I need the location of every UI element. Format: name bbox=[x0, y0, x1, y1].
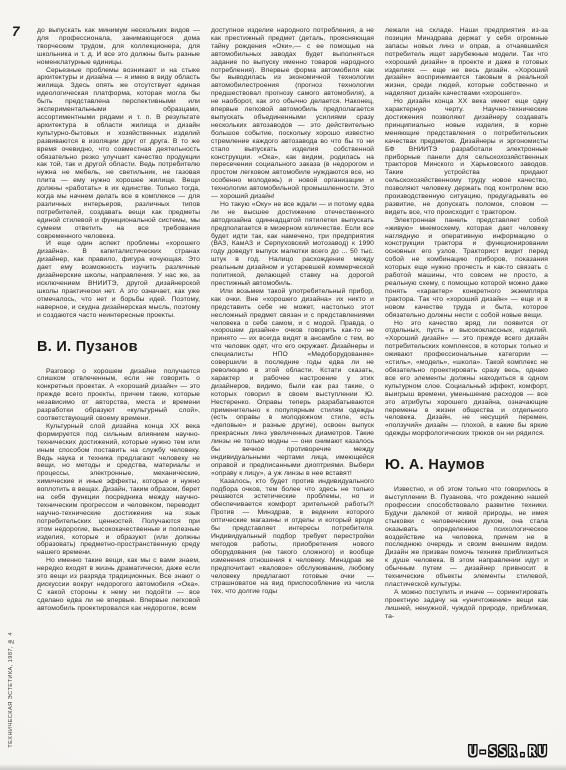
paragraph: доступное изделие народного потребления,… bbox=[211, 27, 374, 201]
paragraph: Известно, и об этом только что говорилос… bbox=[385, 486, 548, 589]
watermark-ussr-ru: U-SSR.RU bbox=[469, 744, 548, 760]
paragraph: Но такую «Оку» не все ждали — и потому е… bbox=[211, 201, 374, 288]
page-number: 7 bbox=[12, 24, 20, 39]
paragraph: И еще один аспект проблемы «хорошего диз… bbox=[37, 240, 200, 319]
paragraph: Разговор о хорошем дизайне получается сл… bbox=[37, 368, 200, 423]
author-heading: В. И. Пузанов bbox=[37, 339, 200, 355]
paragraph: Но именно такие вещи, как мы с вами знае… bbox=[37, 557, 200, 612]
paragraph: Казалось, кто будет против индивидуально… bbox=[211, 478, 374, 597]
paragraph: Культурный слой дизайна конца XX века фо… bbox=[37, 423, 200, 557]
paragraph: Но это качество вряд ли появится от отде… bbox=[385, 320, 548, 439]
paragraph: Серьезные проблемы возникают и на стыке … bbox=[37, 67, 200, 241]
paragraph: до выпускать как минимум нескольких видо… bbox=[37, 27, 200, 67]
author-heading: Ю. А. Наумов bbox=[385, 457, 548, 473]
journal-issue-vertical-label: ТЕХНИЧЕСКАЯ ЭСТЕТИКА, 1987, № 4 bbox=[8, 632, 14, 748]
paragraph: Но дизайн конца XX века имеет еще одну х… bbox=[385, 98, 548, 217]
paragraph: Электронная панель представляет собой «ж… bbox=[385, 217, 548, 320]
paragraph: А можно поступить и иначе — сориентирова… bbox=[385, 589, 548, 621]
paragraph: Или возьмем такой употребительный прибор… bbox=[211, 288, 374, 478]
paragraph: лежали на складе. Наши предприятия из-за… bbox=[385, 27, 548, 98]
column-2: доступное изделие народного потребления,… bbox=[211, 27, 374, 764]
column-3: лежали на складе. Наши предприятия из-за… bbox=[385, 27, 548, 764]
magazine-page: 7 до выпускать как минимум нескольких ви… bbox=[0, 0, 566, 770]
text-columns: до выпускать как минимум нескольких видо… bbox=[37, 27, 549, 764]
column-1: до выпускать как минимум нескольких видо… bbox=[37, 27, 200, 764]
